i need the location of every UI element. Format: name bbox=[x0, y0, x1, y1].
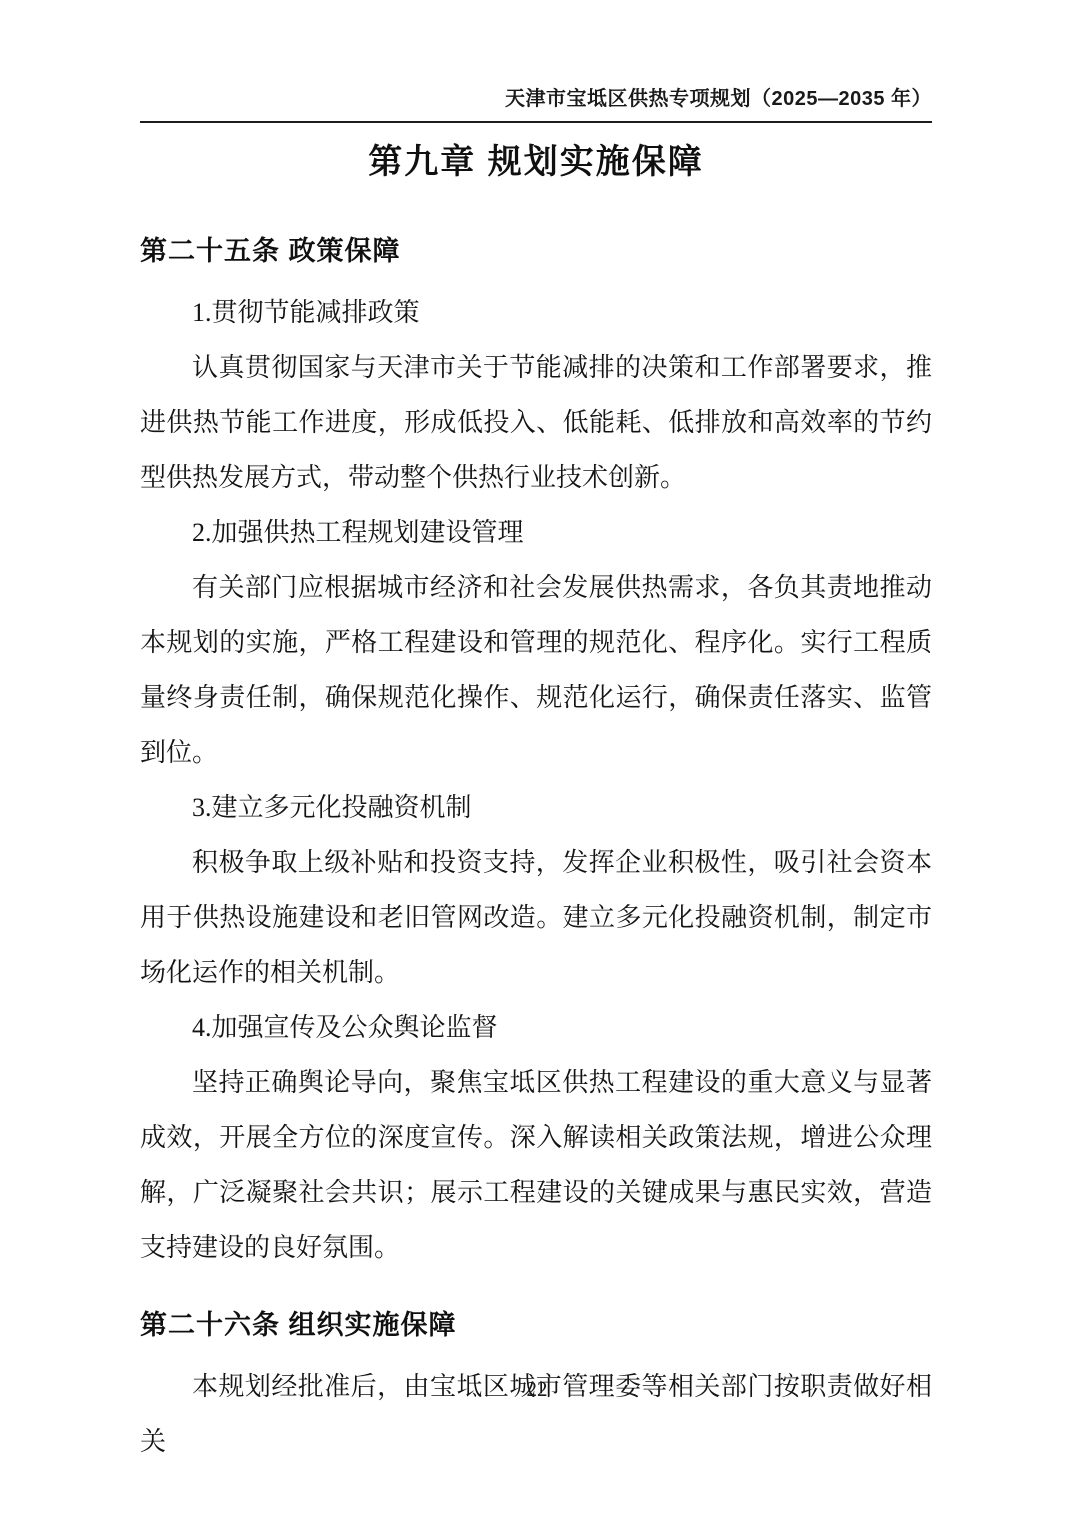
section-heading: 第二十六条 组织实施保障 bbox=[140, 1305, 932, 1345]
document-page: 天津市宝坻区供热专项规划（2025—2035 年） 第九章 规划实施保障 第二十… bbox=[0, 0, 1074, 1520]
numbered-item: 2.加强供热工程规划建设管理 bbox=[140, 505, 932, 560]
section-heading: 第二十五条 政策保障 bbox=[140, 231, 932, 271]
running-header: 天津市宝坻区供热专项规划（2025—2035 年） bbox=[140, 86, 932, 112]
paragraph: 认真贯彻国家与天津市关于节能减排的决策和工作部署要求，推进供热节能工作进度，形成… bbox=[140, 340, 932, 505]
numbered-item: 3.建立多元化投融资机制 bbox=[140, 780, 932, 835]
chapter-title: 第九章 规划实施保障 bbox=[140, 139, 932, 185]
sections: 第二十五条 政策保障1.贯彻节能减排政策认真贯彻国家与天津市关于节能减排的决策和… bbox=[140, 231, 932, 1469]
paragraph: 有关部门应根据城市经济和社会发展供热需求，各负其责地推动本规划的实施，严格工程建… bbox=[140, 560, 932, 780]
paragraph: 坚持正确舆论导向，聚焦宝坻区供热工程建设的重大意义与显著成效，开展全方位的深度宣… bbox=[140, 1055, 932, 1275]
numbered-item: 4.加强宣传及公众舆论监督 bbox=[140, 1000, 932, 1055]
header-rule bbox=[140, 121, 932, 123]
page-number: 22 bbox=[0, 1374, 1074, 1404]
numbered-item: 1.贯彻节能减排政策 bbox=[140, 285, 932, 340]
paragraph: 积极争取上级补贴和投资支持，发挥企业积极性，吸引社会资本用于供热设施建设和老旧管… bbox=[140, 835, 932, 1000]
section: 第二十五条 政策保障1.贯彻节能减排政策认真贯彻国家与天津市关于节能减排的决策和… bbox=[140, 231, 932, 1275]
